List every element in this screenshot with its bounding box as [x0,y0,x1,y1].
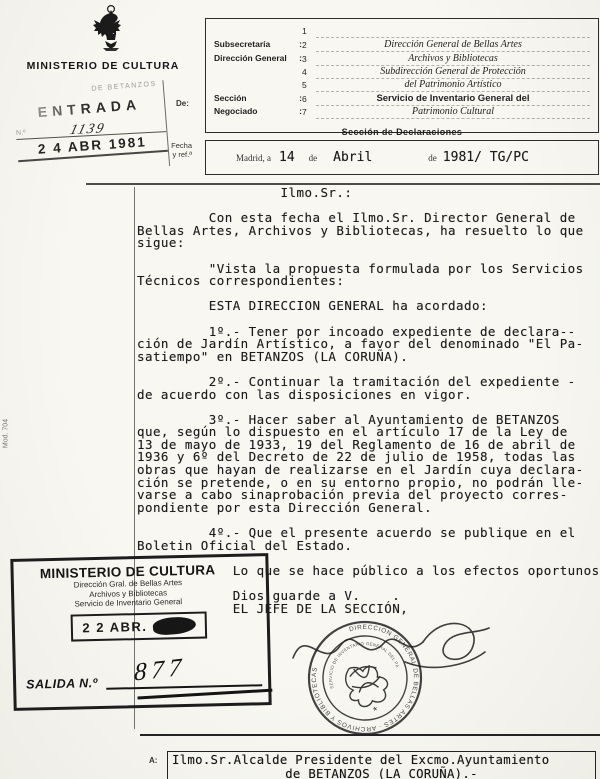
routing-box: Subsecretaría: Dirección General: Secció… [205,18,599,133]
letter-body: Ilmo.Sr.: Con esta fecha el Ilmo.Sr. Dir… [137,187,600,615]
routing-label-seccion: Sección: [214,93,302,103]
routing-row-num: 6 [302,94,307,104]
routing-row-text: Subdirección General de Protección [316,66,590,79]
scanned-letter-page: MINISTERIO DE CULTURA DE BETANZOS ENTRAD… [0,0,600,779]
routing-label-direccion-general: Dirección General: [214,53,302,63]
fecha-label-line1: Fecha [171,141,192,150]
routing-row: 7 Patrimonio Cultural [298,106,590,119]
routing-row-text: Archivos y Bibliotecas [316,53,590,66]
routing-row: 5 del Patrimonio Artístico [298,79,590,92]
routing-row: 3 Archivos y Bibliotecas [298,53,590,66]
routing-row: 4 Subdirección General de Protección [298,66,590,79]
salida-date-day: 2 2 ABR. [82,618,147,634]
date-printed-city: Madrid, a [236,153,271,163]
seal-ring-text: DIRECCION GENERAL DE BELLAS ARTES · ARCH… [297,610,433,746]
date-box: Madrid, a 14 de Abril de 1981/ TG/PC [205,140,599,175]
salida-number-value: 877 [134,654,187,688]
salida-date-year-inkblot: 1981 [152,615,196,636]
addressee-line-2: de BETANZOS (LA CORUÑA).- [168,767,595,779]
routing-row-text [316,25,590,38]
addressee-line-1: Ilmo.Sr.Alcalde Presidente del Excmo.Ayu… [172,753,595,767]
footer-rule [140,734,600,736]
routing-row-num: 4 [302,67,307,77]
routing-row-text: Servicio de Inventario General del [316,93,590,106]
seal-inner-text: SERVICIO DE INVENTARIO GENERAL DEL PATRI… [283,602,400,704]
salida-date-stamp: 2 2 ABR. 1981 [71,611,208,641]
routing-row-num: 1 [302,26,307,36]
fecha-ref-label: Fecha y ref.ª [152,141,192,159]
svg-text:DIRECCION GENERAL DE BELLAS AR: DIRECCION GENERAL DE BELLAS ARTES · ARCH… [297,610,433,746]
routing-row-text: del Patrimonio Artístico [316,79,590,92]
addressee-box: Ilmo.Sr.Alcalde Presidente del Excmo.Ayu… [167,751,596,779]
model-number-label: Mod. 704 [3,414,10,454]
svg-text:SERVICIO DE INVENTARIO GENERAL: SERVICIO DE INVENTARIO GENERAL DEL PATRI… [283,602,400,704]
routing-row-num: 7 [302,107,307,117]
routing-row: 2 Dirección General de Bellas Artes [298,39,590,52]
date-printed-de: de [309,153,318,163]
salida-stamp: MINISTERIO DE CULTURA Dirección Gral. de… [10,553,271,711]
routing-label-subsecretaria: Subsecretaría: [214,39,302,49]
seal-center-emblem [342,659,393,711]
routing-row-num: 3 [302,54,307,64]
routing-row-text: Dirección General de Bellas Artes [316,39,590,52]
salida-number-label: SALIDA N.º [26,676,98,692]
routing-label-negociado: Negociado: [214,106,302,116]
routing-bottom-note: Sección de Declaraciones [206,127,598,137]
routing-row-text: Patrimonio Cultural [316,106,590,119]
salida-number-line [106,682,262,690]
eagle-emblem-icon [92,4,130,56]
fecha-label-line2: y ref.ª [173,150,192,159]
seal-star: * [372,705,380,718]
addressee-label: A: [149,756,157,765]
official-seal: DIRECCION GENERAL DE BELLAS ARTES · ARCH… [283,602,495,754]
routing-row-num: 2 [302,40,307,50]
date-printed-de: de [428,153,437,163]
ministry-title: MINISTERIO DE CULTURA [14,60,192,72]
date-month: Abril [333,150,372,165]
de-label: De: [176,99,189,108]
routing-row-num: 5 [302,80,307,90]
routing-row: 6 Servicio de Inventario General del [298,93,590,106]
date-year-ref: 1981/ TG/PC [443,150,529,165]
date-day: 14 [279,150,295,165]
salida-underline [137,689,272,700]
routing-row: 1 [298,25,590,38]
entry-stamp: DE BETANZOS ENTRADA N.º 1139 2 4 ABR 198… [13,80,170,178]
entry-number-label: N.º [16,129,26,136]
